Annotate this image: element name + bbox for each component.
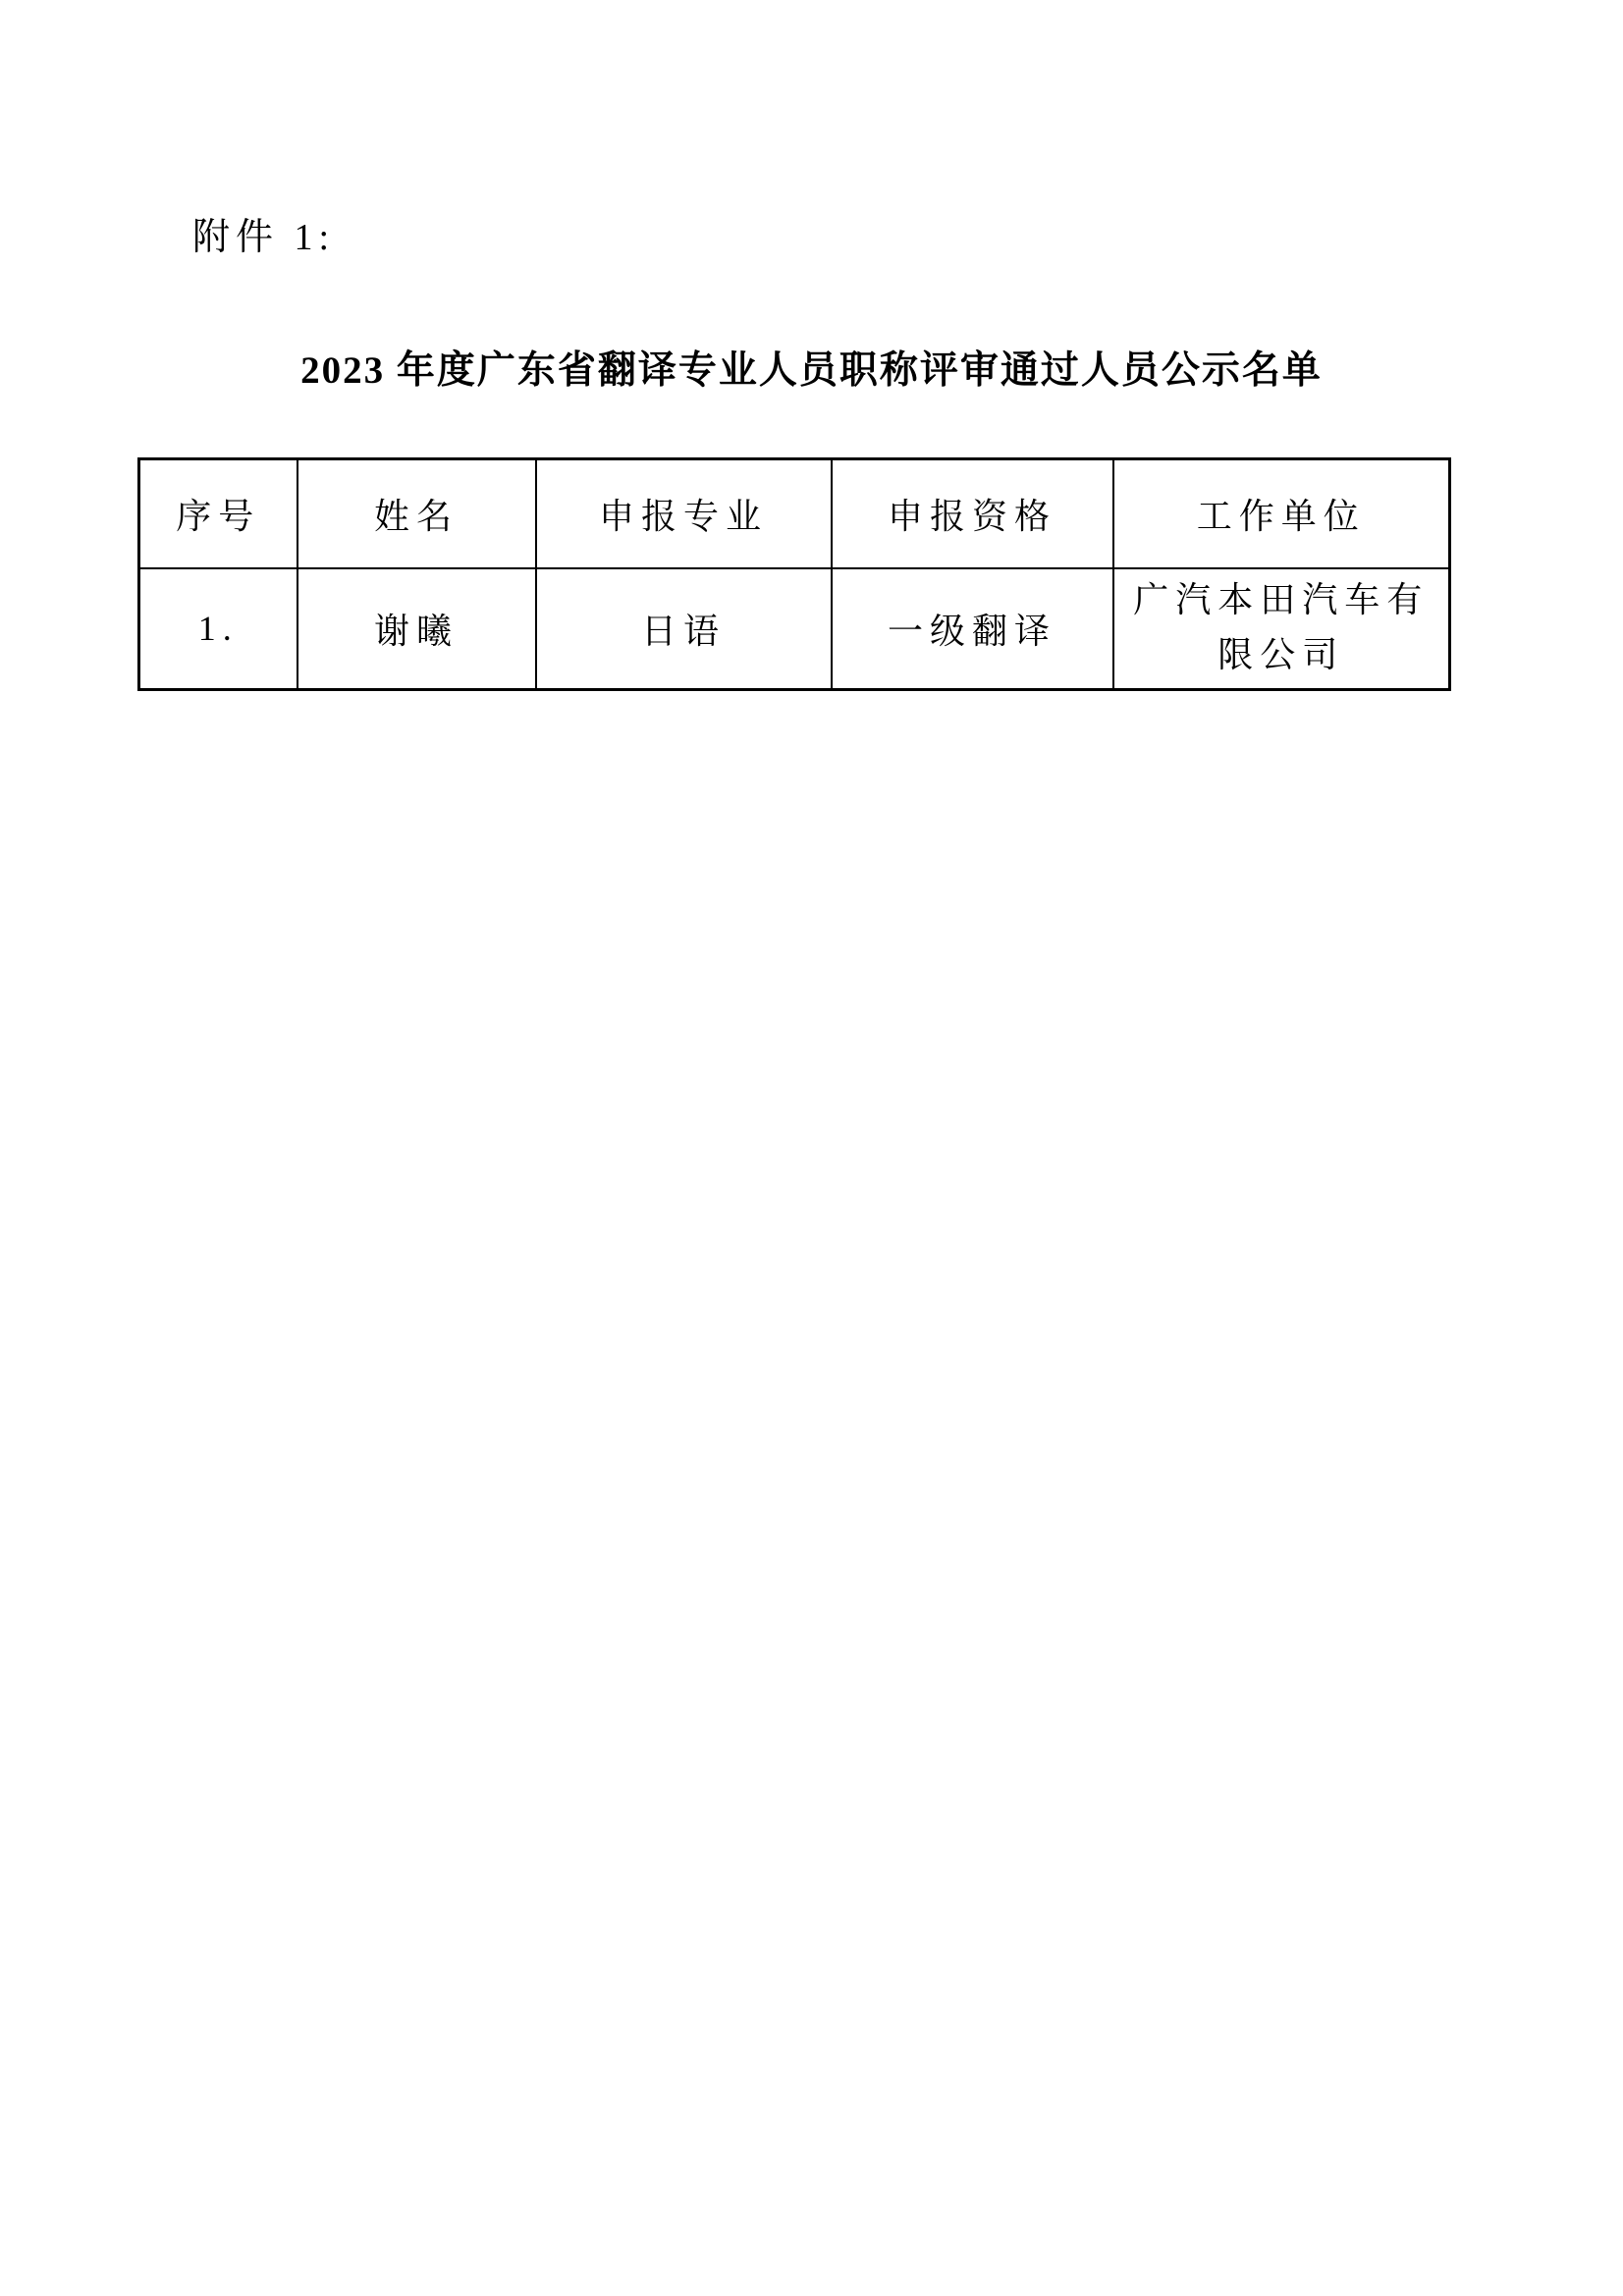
table-header-row: 序号 姓名 申报专业 申报资格 工作单位 — [139, 459, 1450, 568]
page-title: 2023 年度广东省翻译专业人员职称评审通过人员公示名单 — [0, 340, 1623, 395]
column-header-declared-qualification: 申报资格 — [832, 459, 1113, 568]
column-header-serial-number: 序号 — [139, 459, 298, 568]
roster-table: 序号 姓名 申报专业 申报资格 工作单位 1. 谢曦 日语 一级翻译 广汽本田汽… — [137, 457, 1451, 691]
table-row: 1. 谢曦 日语 一级翻译 广汽本田汽车有限公司 — [139, 568, 1450, 690]
cell-declared-qualification: 一级翻译 — [832, 568, 1113, 690]
cell-declared-specialty: 日语 — [536, 568, 832, 690]
cell-name: 谢曦 — [298, 568, 536, 690]
work-unit-text: 广汽本田汽车有限公司 — [1130, 573, 1433, 683]
cell-work-unit: 广汽本田汽车有限公司 — [1113, 568, 1450, 690]
column-header-name: 姓名 — [298, 459, 536, 568]
document-page: 附件 1: 2023 年度广东省翻译专业人员职称评审通过人员公示名单 序号 姓名… — [0, 0, 1623, 2296]
column-header-work-unit: 工作单位 — [1113, 459, 1450, 568]
attachment-label: 附件 1: — [192, 206, 335, 260]
column-header-declared-specialty: 申报专业 — [536, 459, 832, 568]
cell-serial-number: 1. — [139, 568, 298, 690]
